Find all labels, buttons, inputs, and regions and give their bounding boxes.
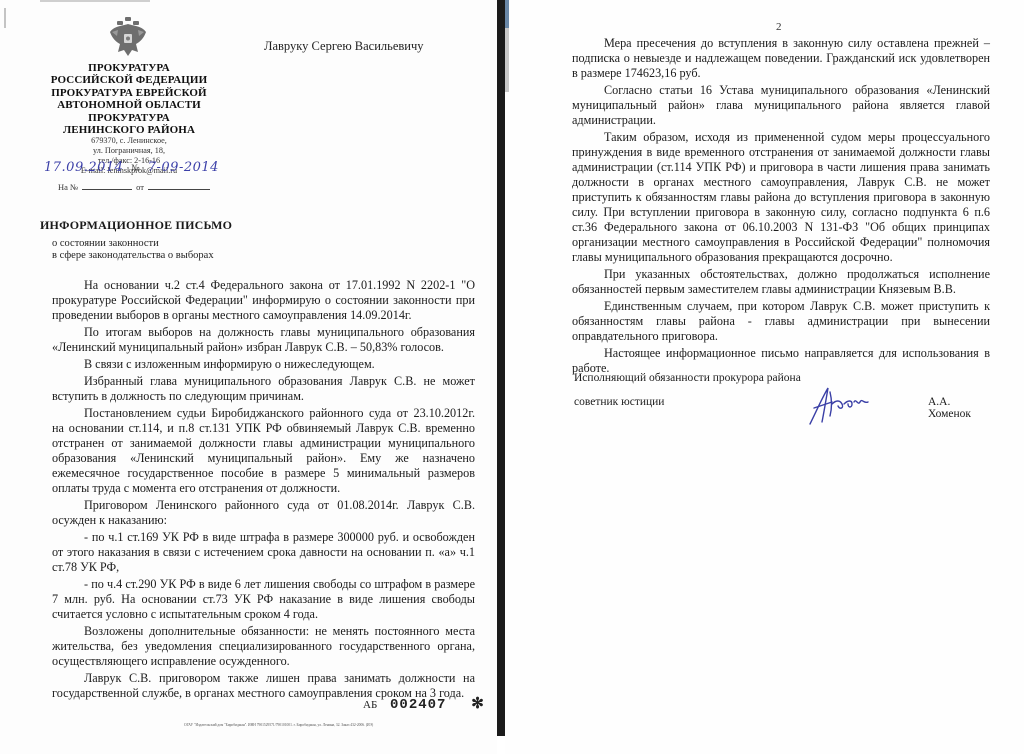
address-line: 679370, с. Ленинское, [36, 136, 222, 146]
blank-field [82, 182, 132, 190]
scan-edge-shadow [40, 0, 150, 2]
handwritten-signature-icon [804, 382, 874, 428]
reference-line: На №от [58, 182, 214, 192]
paragraph: Единственным случаем, при котором Лаврук… [572, 299, 990, 344]
letter-body-page-2: Мера пресечения до вступления в законную… [572, 36, 990, 378]
org-line: ЛЕНИНСКОГО РАЙОНА [36, 124, 222, 136]
signature-block: Исполняющий обязанности прокурора района… [574, 372, 994, 416]
page-number: 2 [776, 21, 782, 33]
signatory-rank: советник юстиции [574, 396, 664, 408]
org-line: АВТОНОМНОЙ ОБЛАСТИ [36, 99, 222, 111]
org-line: ПРОКУРАТУРА ЕВРЕЙСКОЙ [36, 87, 222, 99]
serial-number: 002407 [390, 697, 446, 713]
number-label: № [131, 164, 140, 174]
handwritten-date: 17.09.2014 [44, 160, 123, 175]
paragraph: На основании ч.2 ст.4 Федерального закон… [52, 278, 475, 323]
paragraph: При указанных обстоятельствах, должно пр… [572, 267, 990, 297]
outgoing-registration: 17.09.2014 № 7-09-2014 [44, 160, 219, 175]
address-line: ул. Пограничная, 18, [36, 146, 222, 156]
signature-row: советник юстиции А.А. Хоменок [574, 396, 994, 416]
printer-imprint: ОГАУ "Издательский дом "Биробиджан". ИНН… [184, 723, 373, 727]
handwritten-number: 7-09-2014 [148, 160, 219, 175]
org-line: ПРОКУРАТУРА [36, 112, 222, 124]
paragraph: Приговором Ленинского районного суда от … [52, 498, 475, 528]
paragraph: - по ч.1 ст.169 УК РФ в виде штрафа в ра… [52, 530, 475, 575]
letter-body-page-1: На основании ч.2 ст.4 Федерального закон… [52, 278, 475, 703]
signatory-position: Исполняющий обязанности прокурора района [574, 372, 994, 384]
signatory-name: А.А. Хоменок [928, 396, 994, 420]
org-line: ПРОКУРАТУРА [36, 62, 222, 74]
paragraph: Мера пресечения до вступления в законную… [572, 36, 990, 81]
document-subject: о состоянии законности в сфере законодат… [52, 238, 214, 261]
from-label: от [136, 182, 144, 192]
subject-line: в сфере законодательства о выборах [52, 250, 214, 262]
subject-line: о состоянии законности [52, 238, 214, 250]
paragraph: В связи с изложенным информирую о нижесл… [52, 357, 475, 372]
scan-edge-strip [505, 0, 509, 28]
paragraph: Таким образом, исходя из примененной суд… [572, 130, 990, 265]
paragraph: Избранный глава муниципального образован… [52, 374, 475, 404]
paragraph: Возложены дополнительные обязанности: не… [52, 624, 475, 669]
blank-field [148, 182, 210, 190]
asterisk-mark-icon: ✻ [471, 696, 484, 712]
russian-coat-of-arms-icon [108, 16, 148, 60]
form-serial-number: АБ 002407 ✻ [363, 694, 484, 713]
letter-page-1: ПРОКУРАТУРА РОССИЙСКОЙ ФЕДЕРАЦИИ ПРОКУРА… [0, 0, 497, 754]
on-number-label: На № [58, 182, 78, 192]
scan-edge-strip [505, 28, 509, 92]
scan-margin-mark [4, 8, 6, 28]
paragraph: По итогам выборов на должность главы мун… [52, 325, 475, 355]
org-line: РОССИЙСКОЙ ФЕДЕРАЦИИ [36, 74, 222, 86]
addressee: Лавруку Сергею Васильевичу [264, 39, 424, 54]
paragraph: Постановлением судьи Биробиджанского рай… [52, 406, 475, 496]
document-title: ИНФОРМАЦИОННОЕ ПИСЬМО [40, 218, 232, 233]
paragraph: - по ч.4 ст.290 УК РФ в виде 6 лет лишен… [52, 577, 475, 622]
serial-series: АБ [363, 699, 377, 711]
paragraph: Согласно статьи 16 Устава муниципального… [572, 83, 990, 128]
page-divider [497, 0, 505, 736]
